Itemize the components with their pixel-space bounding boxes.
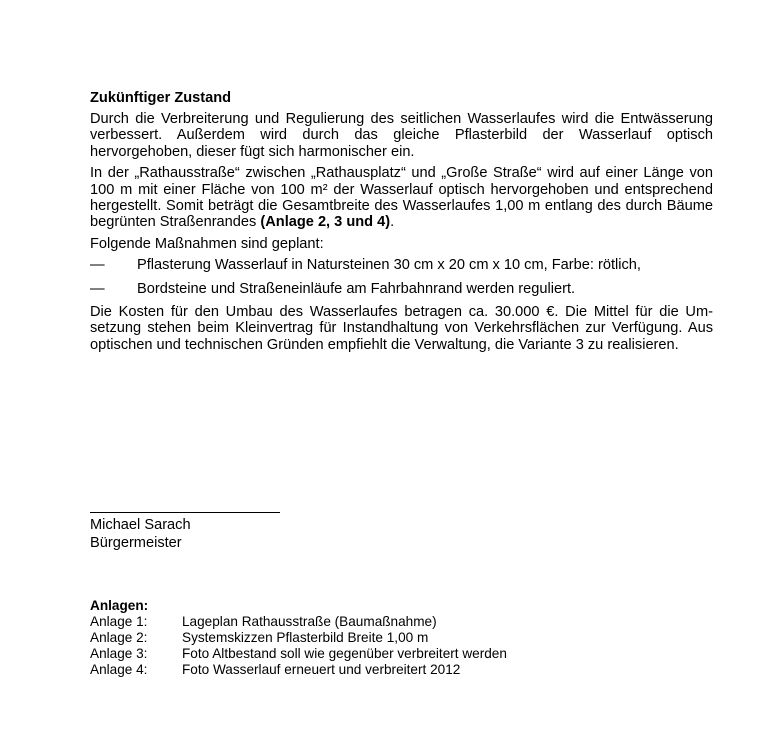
attachment-row: Anlage 2: Systemskizzen Pflasterbild Bre… [90, 630, 690, 646]
measures-intro: Folgende Maßnahmen sind geplant: [90, 236, 713, 252]
paragraph-end-punct: . [390, 214, 394, 230]
paragraph-rathausstrasse-text: In der „Rathausstraße“ zwischen „Rathaus… [90, 165, 713, 230]
signatory-name: Michael Sarach [90, 516, 390, 534]
dash-bullet-icon: — [90, 257, 137, 273]
attachment-reference: (Anlage 2, 3 und 4) [260, 214, 390, 230]
paragraph-rathausstrasse: In der „Rathausstraße“ zwischen „Rathaus… [90, 165, 713, 231]
attachment-label: Anlage 3: [90, 646, 182, 662]
attachment-row: Anlage 3: Foto Altbestand soll wie gegen… [90, 646, 690, 662]
section-heading: Zukünftiger Zustand [90, 89, 713, 107]
attachment-text: Foto Altbestand soll wie gegenüber verbr… [182, 646, 507, 662]
signature-block: Michael Sarach Bürgermeister [90, 512, 390, 552]
measure-item: — Bordsteine und Straßeneinläufe am Fahr… [90, 281, 713, 297]
paragraph-drainage: Durch die Verbreiterung und Regulierung … [90, 111, 713, 160]
dash-bullet-icon: — [90, 281, 137, 297]
document-body: Zukünftiger Zustand Durch die Verbreiter… [90, 89, 713, 358]
measures-list: — Pflasterung Wasserlauf in Natursteinen… [90, 257, 713, 297]
attachment-row: Anlage 1: Lageplan Rathausstraße (Baumaß… [90, 614, 690, 630]
attachment-label: Anlage 1: [90, 614, 182, 630]
attachment-text: Foto Wasserlauf erneuert und verbreitert… [182, 662, 460, 678]
attachment-label: Anlage 4: [90, 662, 182, 678]
attachments-list: Anlagen: Anlage 1: Lageplan Rathausstraß… [90, 598, 690, 678]
attachment-text: Lageplan Rathausstraße (Baumaßnahme) [182, 614, 437, 630]
measure-item: — Pflasterung Wasserlauf in Natursteinen… [90, 257, 713, 273]
attachment-text: Systemskizzen Pflasterbild Breite 1,00 m [182, 630, 428, 646]
signature-line [90, 512, 280, 513]
measure-text: Bordsteine und Straßeneinläufe am Fahrba… [137, 281, 575, 297]
measure-text: Pflasterung Wasserlauf in Natursteinen 3… [137, 257, 641, 273]
attachments-title: Anlagen: [90, 598, 690, 614]
attachment-row: Anlage 4: Foto Wasserlauf erneuert und v… [90, 662, 690, 678]
signatory-title: Bürgermeister [90, 534, 390, 552]
attachment-label: Anlage 2: [90, 630, 182, 646]
paragraph-costs: Die Kosten für den Umbau des Wasserlaufe… [90, 304, 713, 353]
